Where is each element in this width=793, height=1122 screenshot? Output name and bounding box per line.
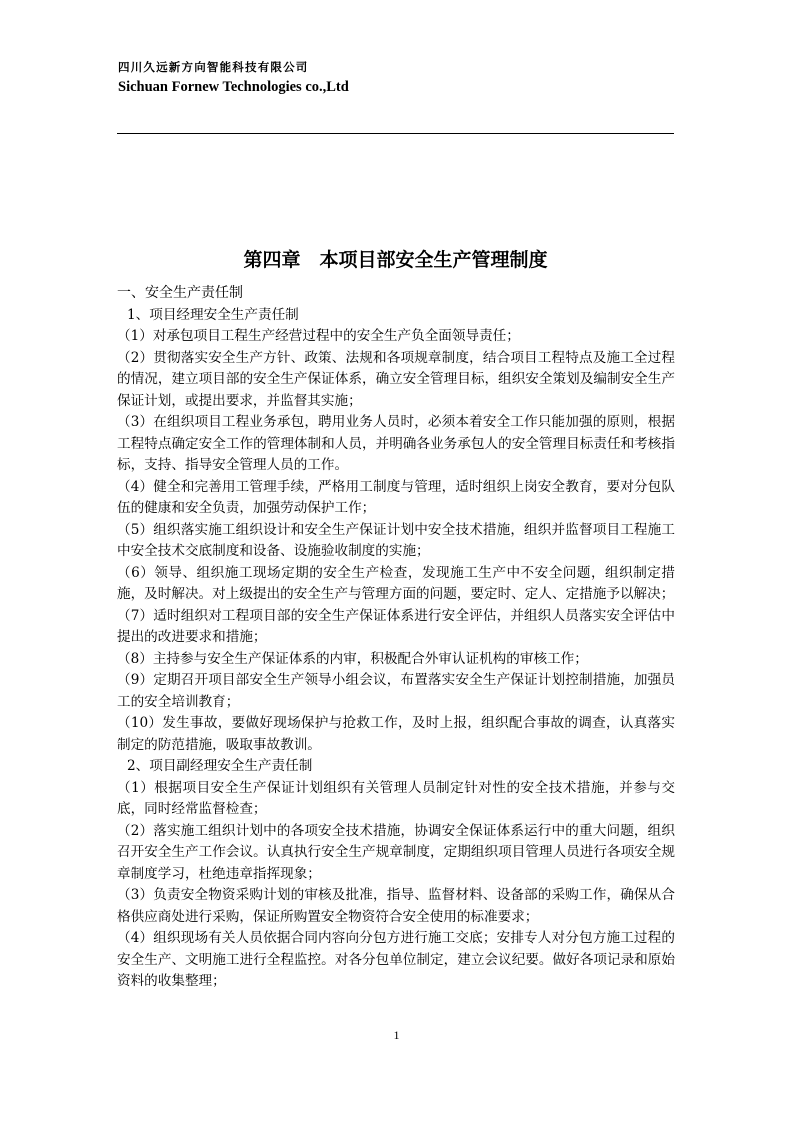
list-item: （4）组织现场有关人员依据合同内容向分包方进行施工交底；安排专人对分包方施工过程…	[117, 928, 675, 993]
list-item: （8）主持参与安全生产保证体系的内审，积极配合外审认证机构的审核工作；	[117, 649, 675, 671]
page-number: 1	[0, 1028, 793, 1043]
list-item: （10）发生事故，要做好现场保护与抢救工作，及时上报，组织配合事故的调查，认真落…	[117, 713, 675, 756]
list-item: （1）对承包项目工程生产经营过程中的安全生产负全面领导责任；	[117, 326, 675, 348]
company-name-en: Sichuan Fornew Technologies co.,Ltd	[118, 78, 349, 96]
list-item: （5）组织落实施工组织设计和安全生产保证计划中安全技术措施，组织并监督项目工程施…	[117, 520, 675, 563]
list-item: （3）在组织项目工程业务承包，聘用业务人员时，必须本着安全工作只能加强的原则，根…	[117, 412, 675, 477]
header-divider	[117, 133, 674, 134]
subsection-heading: 2、项目副经理安全生产责任制	[117, 756, 675, 778]
subsection-heading: 1、项目经理安全生产责任制	[117, 305, 675, 327]
document-body: 一、安全生产责任制 1、项目经理安全生产责任制 （1）对承包项目工程生产经营过程…	[117, 283, 675, 993]
list-item: （2）落实施工组织计划中的各项安全技术措施，协调安全保证体系运行中的重大问题，组…	[117, 821, 675, 886]
list-item: （1）根据项目安全生产保证计划组织有关管理人员制定针对性的安全技术措施，并参与交…	[117, 778, 675, 821]
list-item: （6）领导、组织施工现场定期的安全生产检查，发现施工生产中不安全问题，组织制定措…	[117, 563, 675, 606]
chapter-title: 第四章 本项目部安全生产管理制度	[117, 248, 674, 272]
list-item: （4）健全和完善用工管理手续，严格用工制度与管理，适时组织上岗安全教育，要对分包…	[117, 477, 675, 520]
section-heading: 一、安全生产责任制	[117, 283, 675, 305]
list-item: （3）负责安全物资采购计划的审核及批准，指导、监督材料、设备部的采购工作，确保从…	[117, 885, 675, 928]
company-name-cn: 四川久远新方向智能科技有限公司	[118, 60, 309, 74]
list-item: （7）适时组织对工程项目部的安全生产保证体系进行安全评估，并组织人员落实安全评估…	[117, 606, 675, 649]
list-item: （2）贯彻落实安全生产方针、政策、法规和各项规章制度，结合项目工程特点及施工全过…	[117, 348, 675, 413]
list-item: （9）定期召开项目部安全生产领导小组会议，布置落实安全生产保证计划控制措施，加强…	[117, 670, 675, 713]
document-page: 四川久远新方向智能科技有限公司 Sichuan Fornew Technolog…	[0, 0, 793, 1122]
